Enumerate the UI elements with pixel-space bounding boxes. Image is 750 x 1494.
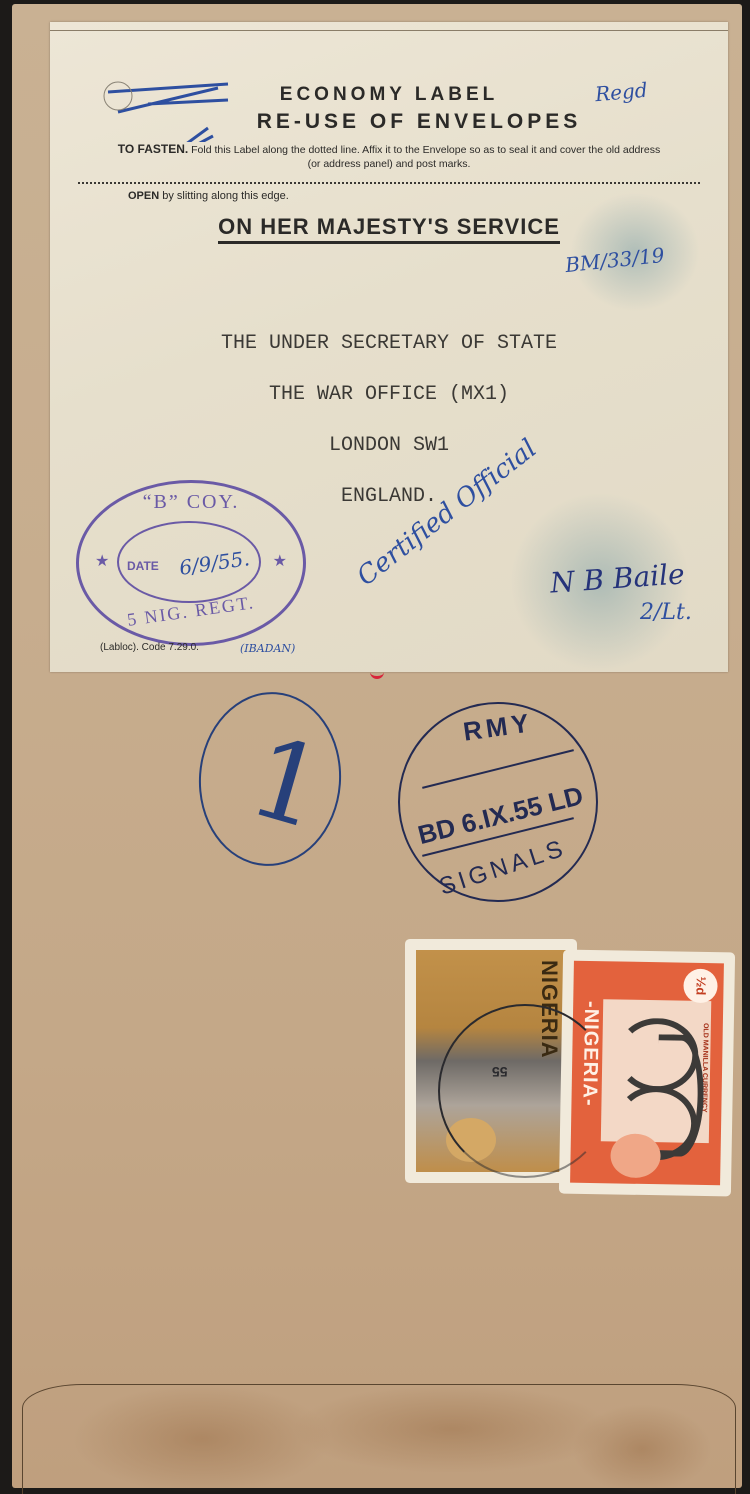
- queen-portrait: [610, 1133, 661, 1178]
- red-mark: [370, 668, 384, 679]
- address-line: THE UNDER SECRETARY OF STATE: [50, 332, 728, 383]
- cancellation-text: 55: [492, 1064, 508, 1080]
- army-signals-postmark: RMY BD 6.IX.55 LD SIGNALS: [398, 702, 598, 902]
- ibadan-annotation: (IBADAN): [240, 642, 295, 655]
- star-icon: ★: [273, 551, 287, 571]
- registered-annotation: Regd: [594, 78, 648, 106]
- stamp-value: ½d: [683, 969, 718, 1004]
- open-bold: OPEN: [128, 190, 159, 202]
- label-code: (Labloc). Code 7.29.0.: [100, 642, 199, 653]
- unit-stamp-date-label: DATE: [127, 559, 159, 573]
- fold-dotted-line: [78, 182, 700, 184]
- label-edge-line: [50, 30, 728, 31]
- envelope: ECONOMY LABEL RE-USE OF ENVELOPES TO FAS…: [12, 4, 742, 1488]
- circled-number: 1: [236, 712, 339, 854]
- address-line: THE WAR OFFICE (MX1): [50, 383, 728, 434]
- circled-number-mark: 1: [193, 687, 347, 870]
- crossed-out-scribble: [98, 62, 298, 142]
- signature-rank: 2/Lt.: [640, 600, 692, 625]
- unit-stamp: “B” COY. ★ ★ DATE 6/9/55. 5 NIG. REGT.: [76, 480, 306, 646]
- unit-stamp-top: “B” COY.: [79, 491, 303, 514]
- service-heading-text: ON HER MAJESTY'S SERVICE: [218, 214, 560, 244]
- open-instruction: OPEN by slitting along this edge.: [128, 190, 289, 202]
- stamp-cancellation-ring: [438, 1004, 612, 1178]
- fasten-bold: TO FASTEN.: [118, 142, 188, 156]
- postmark-top: RMY: [399, 699, 597, 757]
- open-text: by slitting along this edge.: [162, 190, 289, 202]
- fasten-instructions: TO FASTEN. Fold this Label along the dot…: [110, 142, 668, 171]
- fasten-text: Fold this Label along the dotted line. A…: [191, 144, 660, 170]
- star-icon: ★: [95, 551, 109, 571]
- postmark-band: [422, 749, 574, 789]
- address-window-outline: [22, 1384, 736, 1494]
- economy-label: ECONOMY LABEL RE-USE OF ENVELOPES TO FAS…: [50, 22, 728, 672]
- address-line: LONDON SW1: [50, 434, 728, 485]
